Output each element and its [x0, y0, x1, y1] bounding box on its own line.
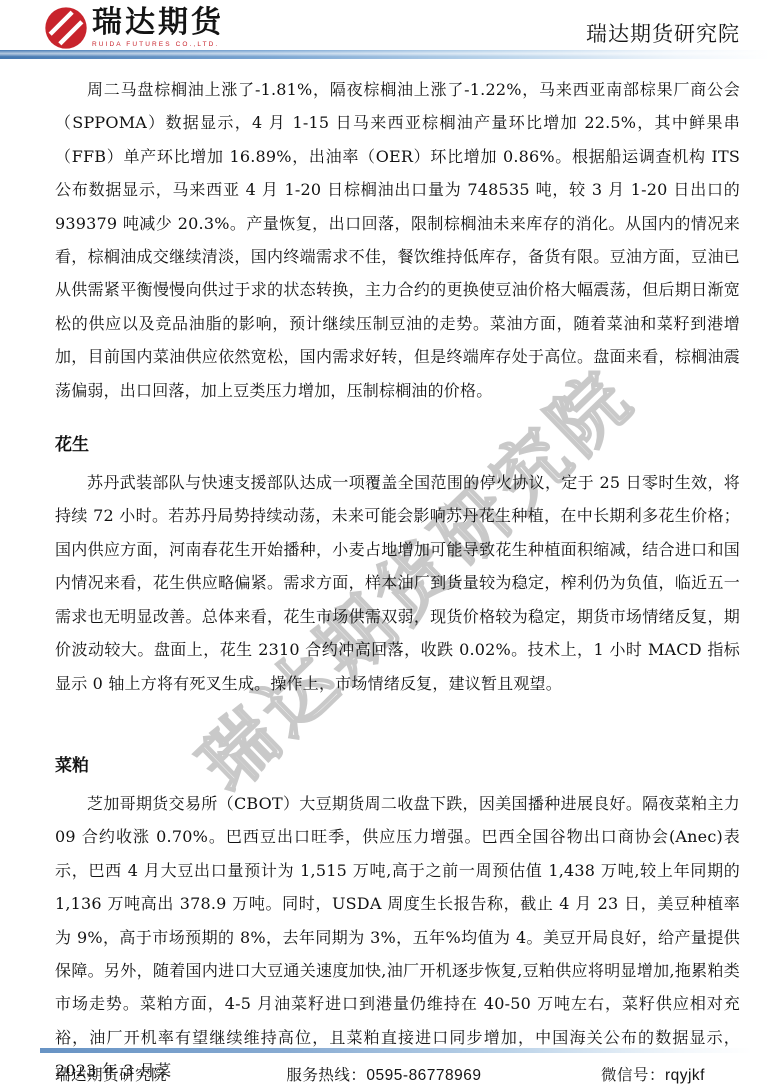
logo-text-block: 瑞达期货 RUIDA FUTURES CO.,LTD. — [92, 6, 224, 48]
section-heading-peanut: 花生 — [55, 433, 740, 457]
paragraph-peanut: 苏丹武装部队与快速支援部队达成一项覆盖全国范围的停火协议，定于 25 日零时生效… — [55, 466, 740, 700]
page-header: 瑞达期货 RUIDA FUTURES CO.,LTD. 瑞达期货研究院 — [0, 0, 770, 60]
paragraph-rapeseed-meal: 芝加哥期货交易所（CBOT）大豆期货周二收盘下跌，因美国播种进展良好。隔夜菜粕主… — [55, 787, 740, 1088]
logo-brand-cn: 瑞达期货 — [92, 6, 224, 40]
report-page: 瑞达期货研究院 瑞达期货 RUIDA FUTURES CO.,LTD. 瑞达期货… — [0, 0, 770, 1090]
paragraph-palm-oil: 周二马盘棕榈油上涨了-1.81%，隔夜棕榈油上涨了-1.22%，马来西亚南部棕果… — [55, 73, 740, 407]
header-divider-bar — [0, 50, 770, 59]
report-body: 周二马盘棕榈油上涨了-1.81%，隔夜棕榈油上涨了-1.22%，马来西亚南部棕果… — [0, 59, 770, 1088]
company-logo: 瑞达期货 RUIDA FUTURES CO.,LTD. — [44, 6, 224, 50]
header-institute-title: 瑞达期货研究院 — [586, 18, 740, 48]
section-heading-rapeseed-meal: 菜粕 — [55, 754, 740, 778]
ruida-swirl-icon — [44, 6, 88, 50]
logo-brand-en: RUIDA FUTURES CO.,LTD. — [92, 41, 224, 48]
